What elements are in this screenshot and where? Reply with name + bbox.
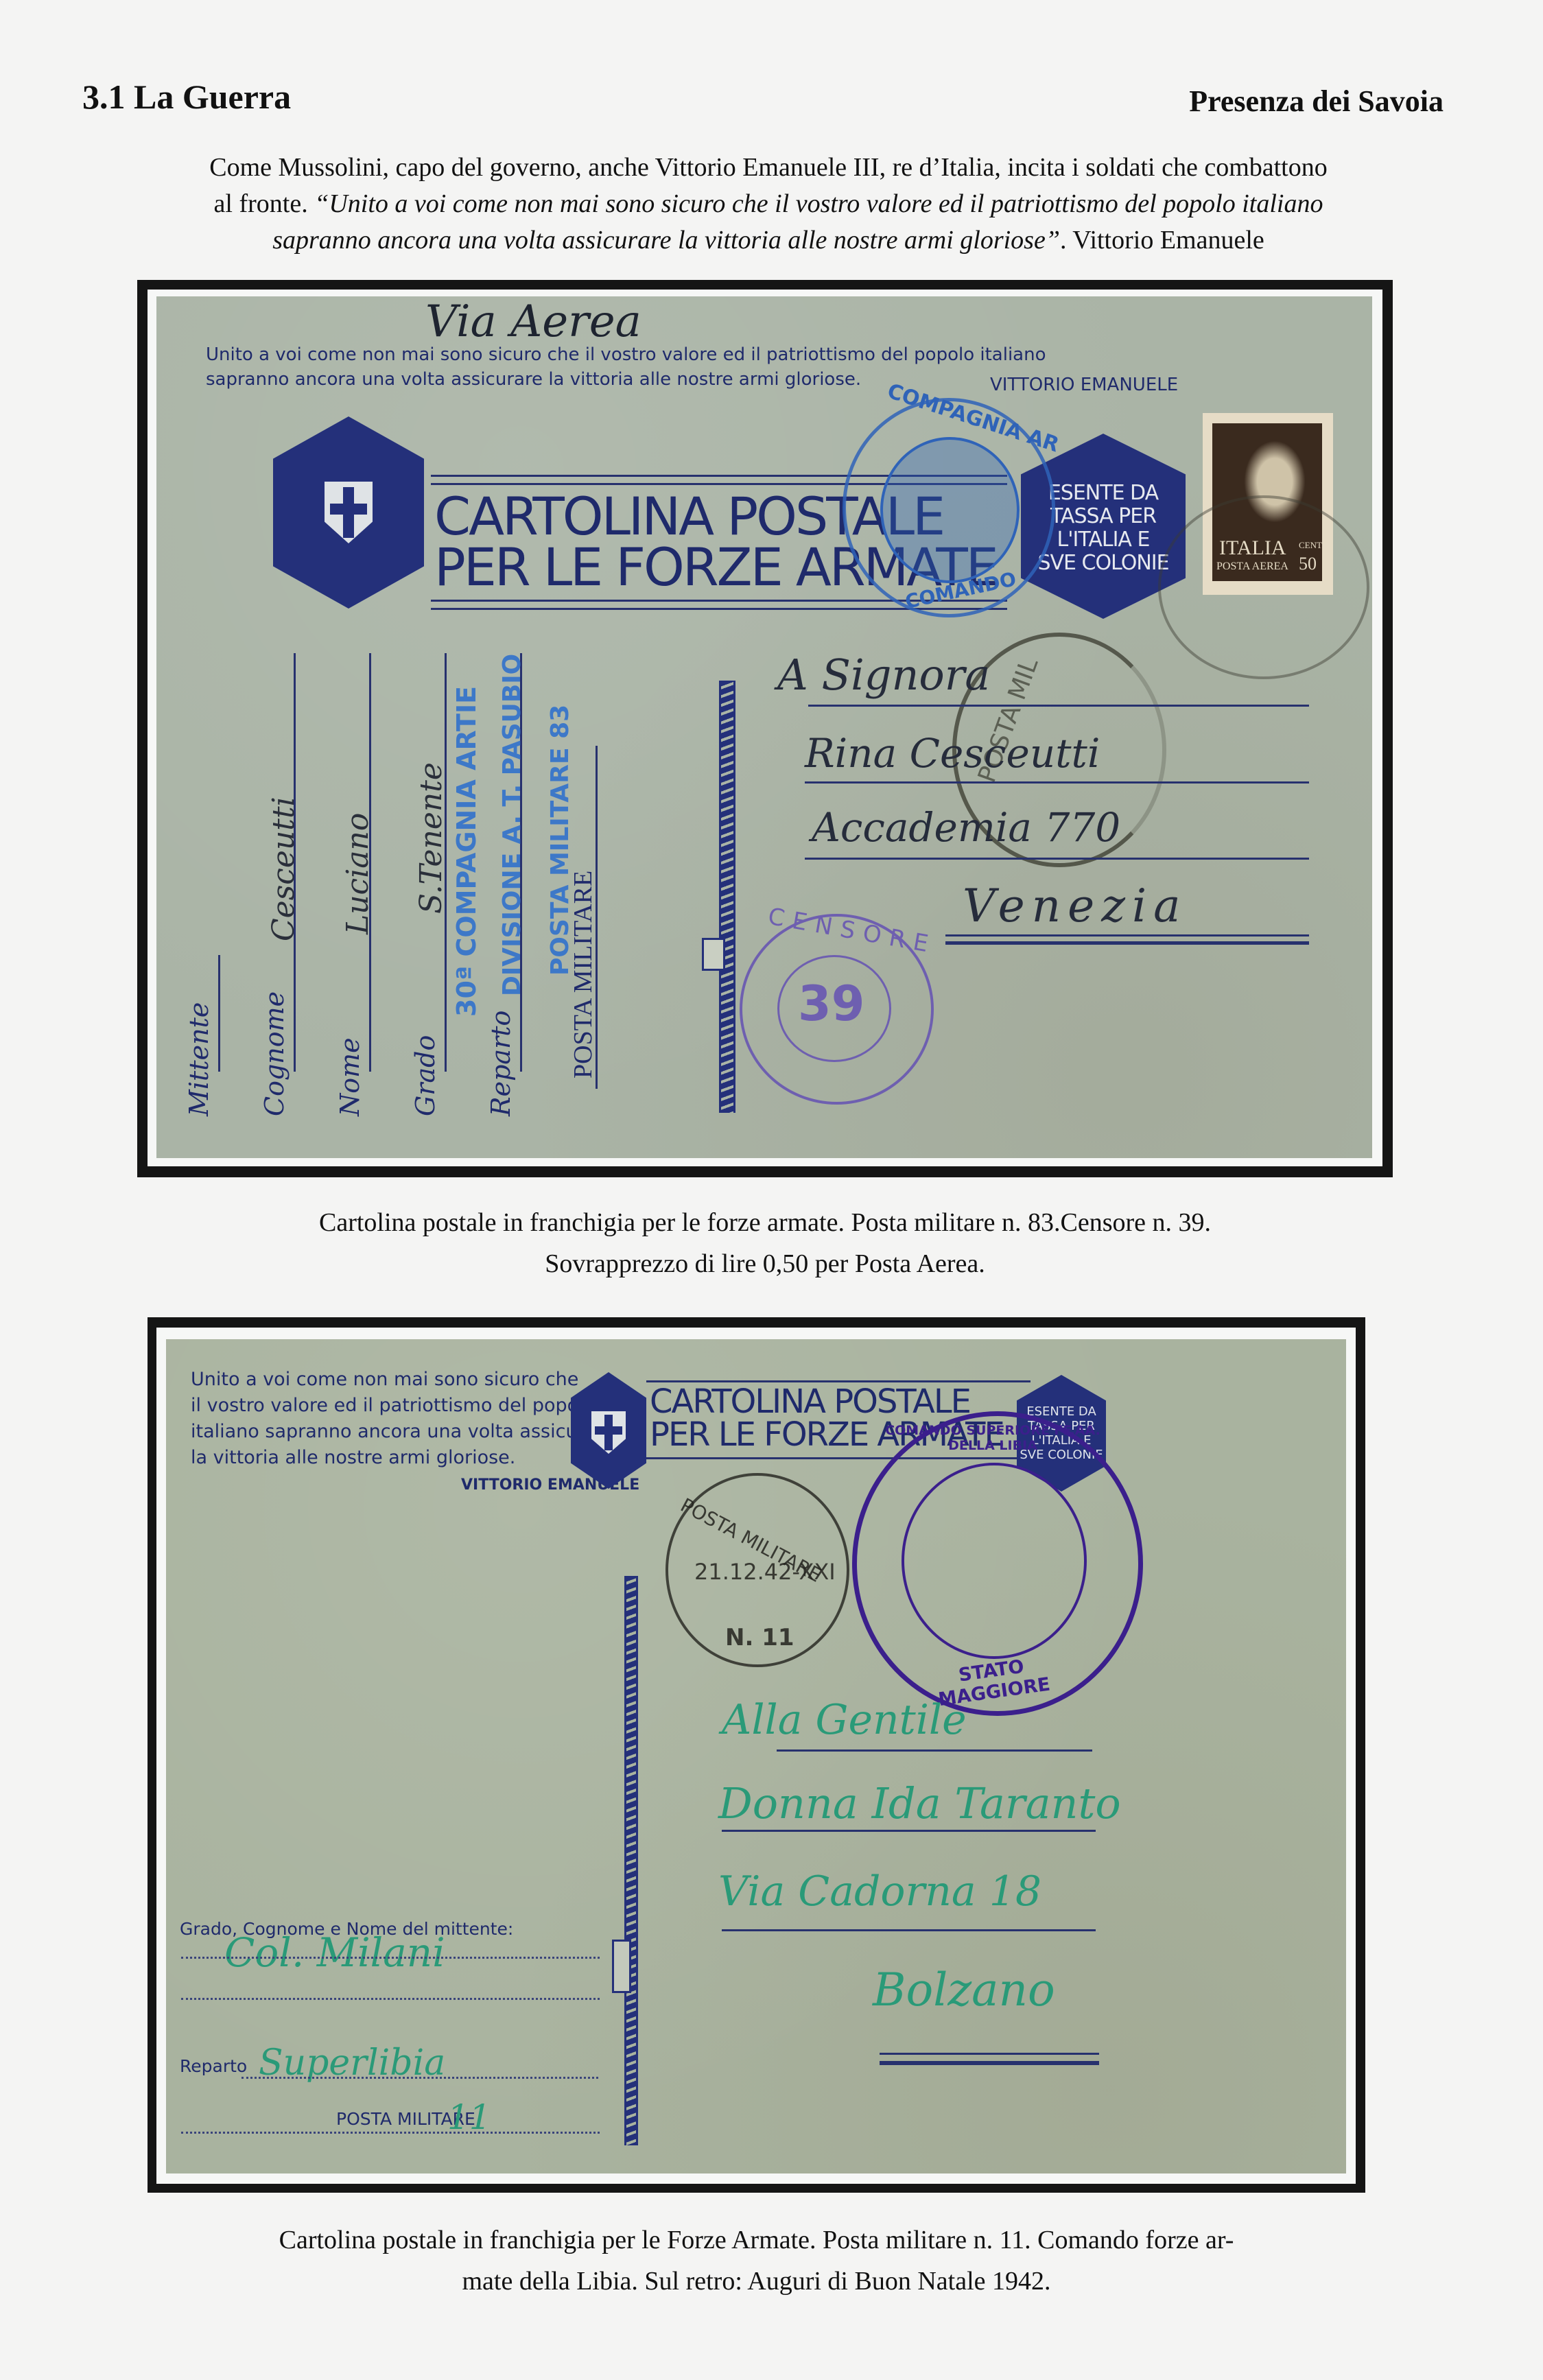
posta-dotted-line	[181, 2132, 600, 2134]
axe-head-icon	[612, 1940, 631, 1993]
address-line	[945, 941, 1309, 945]
postmark-stamp-cancel	[1158, 495, 1369, 679]
badge-line: SVE COLONIE	[1029, 552, 1177, 575]
intro-quote: sapranno ancora una volta assicurare la …	[272, 226, 1060, 255]
caption-line: Cartolina postale in franchigia per le f…	[137, 1202, 1393, 1243]
quote-line: Unito a voi come non mai sono sicuro che	[191, 1367, 615, 1393]
section-title: Presenza dei Savoia	[1189, 84, 1444, 119]
address-line	[722, 1830, 1096, 1832]
address-line	[808, 705, 1309, 707]
printed-quote: Unito a voi come non mai sono sicuro che…	[191, 1367, 615, 1471]
fasces-divider-icon	[719, 681, 735, 1113]
label-nome: Nome	[335, 1037, 365, 1116]
postcard-1: Via Aerea Unito a voi come non mai sono …	[156, 296, 1372, 1158]
axe-head-icon	[702, 938, 725, 971]
postmark-date: 21.12.42-XXI	[694, 1559, 836, 1585]
value-cognome: Cesceutti	[266, 797, 301, 941]
intro-quote: “Unito a voi come non mai sono sicuro ch…	[314, 189, 1323, 218]
address-line-2: Rina Cesceutti	[805, 730, 1100, 777]
reparto-dotted-line	[242, 2077, 598, 2079]
postmark-bottom: N. 11	[725, 1624, 794, 1651]
intro-paragraph: Come Mussolini, capo del governo, anche …	[82, 150, 1454, 259]
intro-line-1: Come Mussolini, capo del governo, anche …	[82, 150, 1454, 186]
address-line-2: Donna Ida Taranto	[718, 1778, 1121, 1828]
label-mittente: Mittente	[184, 1002, 214, 1116]
quote-line: il vostro valore ed il patriottismo del …	[191, 1393, 615, 1419]
caption-1: Cartolina postale in franchigia per le f…	[137, 1202, 1393, 1284]
printed-posta-militare: POSTA MILITARE	[568, 871, 598, 1079]
quote-line: la vittoria alle nostre armi gloriose.	[191, 1445, 615, 1471]
address-line	[880, 2061, 1099, 2065]
printed-signature: VITTORIO EMANUELE	[990, 375, 1178, 395]
address-line-3: Via Cadorna 18	[718, 1868, 1041, 1916]
blue-cachet-inner	[880, 437, 1020, 583]
label-reparto: Reparto	[486, 1011, 516, 1116]
card-title-line-1: CARTOLINA POSTALE	[650, 1385, 970, 1419]
unit-cachet-line-1: 30ª COMPAGNIA ARTIE	[451, 686, 482, 1017]
fasces-divider-icon	[624, 1576, 638, 2145]
unit-cachet-line-2: DIVISIONE A. T. PASUBIO	[498, 654, 526, 996]
value-grado: S.Tenente	[414, 762, 449, 914]
address-line-1: Alla Gentile	[722, 1696, 967, 1744]
address-line-1: A Signora	[777, 650, 990, 700]
address-line	[722, 1929, 1096, 1931]
purple-cachet-top: COMANDO SUPERIORE FF.AA. DELLA LIBIA	[876, 1423, 1109, 1453]
purple-cachet-inner	[902, 1463, 1087, 1659]
postcard-2: Unito a voi come non mai sono sicuro che…	[166, 1339, 1346, 2173]
address-line-4: Bolzano	[873, 1964, 1055, 2016]
intro-text: al fronte.	[214, 189, 315, 218]
address-line	[777, 1749, 1092, 1752]
sender-value: Col. Milani	[224, 1929, 445, 1976]
censor-number: 39	[798, 976, 864, 1032]
intro-line-2: al fronte. “Unito a voi come non mai son…	[82, 186, 1454, 222]
page-title: 3.1 La Guerra	[82, 77, 291, 117]
caption-line: mate della Libia. Sul retro: Auguri di B…	[148, 2261, 1365, 2302]
caption-line: Sovrapprezzo di lire 0,50 per Posta Aere…	[137, 1243, 1393, 1284]
sender-line-mittente	[218, 955, 220, 1072]
address-line	[805, 781, 1309, 783]
label-grado: Grado	[410, 1035, 440, 1116]
caption-line: Cartolina postale in franchigia per le F…	[148, 2219, 1365, 2261]
sender-dotted-line	[181, 1957, 600, 1959]
caption-2: Cartolina postale in franchigia per le F…	[148, 2219, 1365, 2302]
address-line-4: Venezia	[963, 880, 1187, 932]
label-cognome: Cognome	[259, 991, 290, 1116]
intro-attribution: . Vittorio Emanuele	[1060, 226, 1264, 255]
printed-quote-line-1: Unito a voi come non mai sono sicuro che…	[206, 344, 1046, 365]
handwritten-via-aerea: Via Aerea	[425, 296, 641, 347]
intro-line-3: sapranno ancora una volta assicurare la …	[82, 222, 1454, 259]
address-line	[880, 2053, 1099, 2055]
value-nome: Luciano	[340, 813, 375, 934]
quote-line: italiano sapranno ancora una volta assic…	[191, 1419, 615, 1445]
address-line-3: Accademia 770	[812, 804, 1120, 851]
address-line	[945, 934, 1309, 936]
address-line	[805, 858, 1309, 860]
sender-dotted-line	[181, 1998, 600, 2000]
reparto-label: Reparto	[180, 2056, 247, 2076]
printed-quote-line-2: sapranno ancora una volta assicurare la …	[206, 369, 861, 390]
